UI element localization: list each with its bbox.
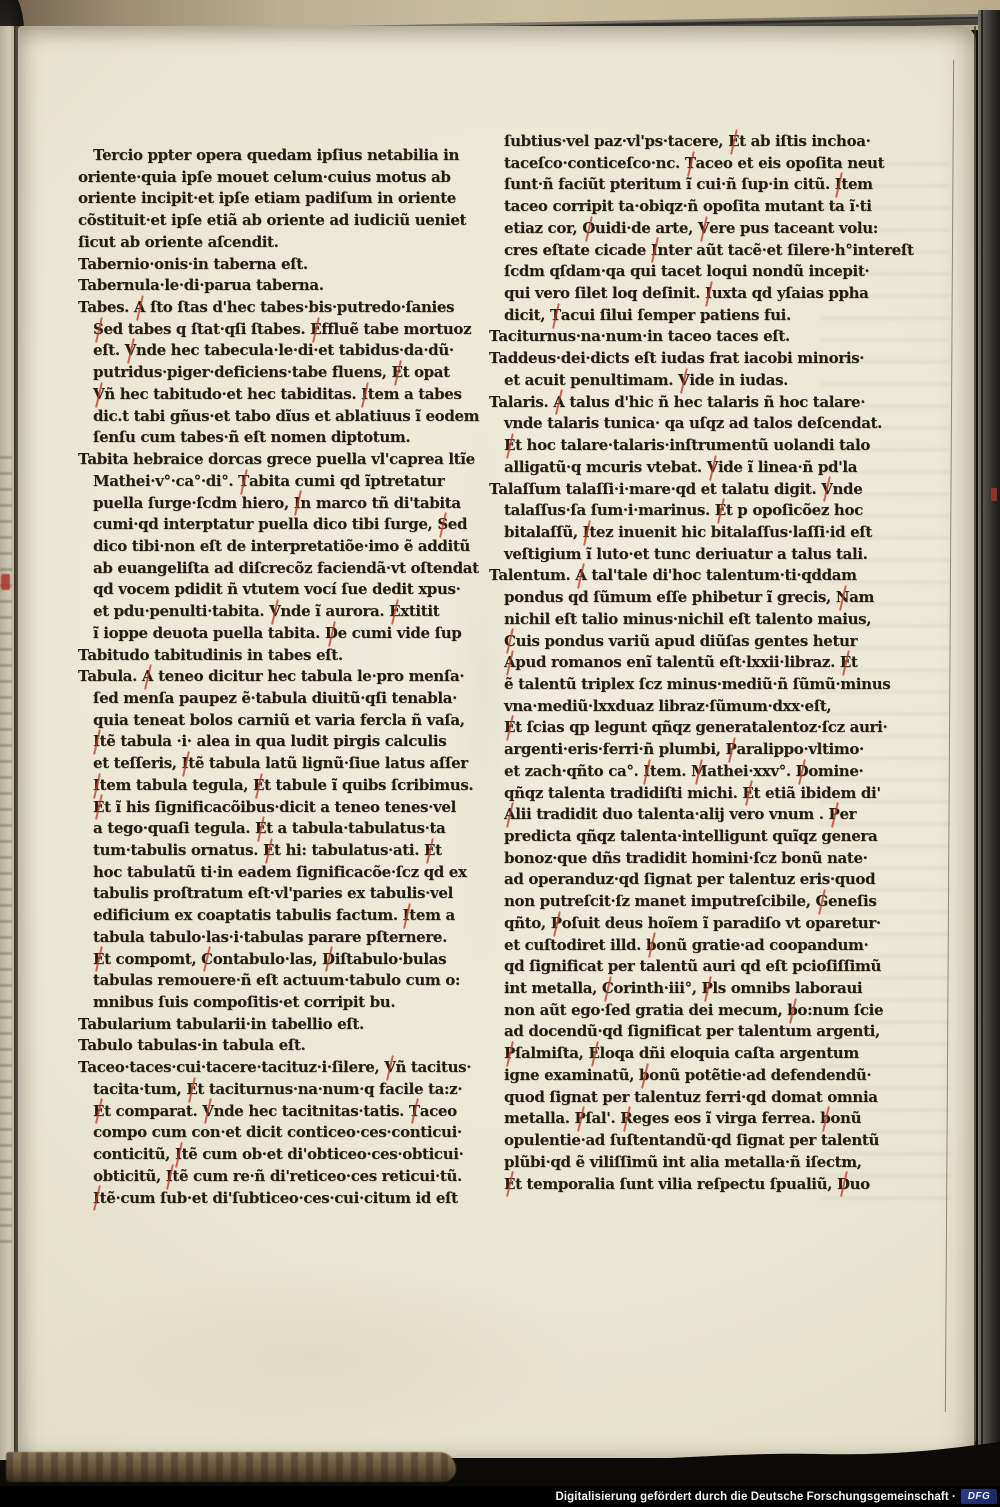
text-line: plũbi·qd ẽ viliſſimũ int alia metalla·ñ … xyxy=(489,1152,819,1174)
rubricated-letter: V xyxy=(707,457,718,479)
text-line: eſt. Vnde hec tabecula·le·di·et tabidus·… xyxy=(78,340,450,362)
text-line: tabulis proſtratum eſt·vl'paries ex tabu… xyxy=(78,883,450,905)
rubricated-letter: I xyxy=(93,1188,100,1210)
text-line: quod ſignat per talentuz ferri·qd domat … xyxy=(489,1087,819,1109)
text-line: et pdu·penulti·tabita. Vnde ĩ aurora. Ex… xyxy=(78,601,450,623)
rubricated-letter: I xyxy=(361,384,368,406)
text-line: oriente incipit·et ipſe etiam padiſum in… xyxy=(78,188,450,210)
text-line: qd ſignificat per talentũ auri qd eſt pc… xyxy=(489,956,819,978)
text-line: vna·mediũ·lxxduaz libraz·ſũmum·dxx·eſt, xyxy=(489,696,819,718)
parchment-stain xyxy=(58,1266,578,1446)
text-line: Talaris. A talus d'hic ñ hec talaris ñ h… xyxy=(489,392,819,414)
rubricated-letter: D xyxy=(325,623,338,645)
digitization-credit-text: Digitalisierung gefördert durch die Deut… xyxy=(555,1491,956,1503)
text-line: opulentie·ad ſuſtentandũ·qd ſignat per t… xyxy=(489,1130,819,1152)
text-line: Taddeus·dei·dicts eſt iudas frat iacobi … xyxy=(489,348,819,370)
scanned-book-page: { "colors":{"parchment":"#ebe6d4","ink":… xyxy=(0,0,1000,1507)
text-line: ſubtius·vel paz·vl'ps·tacere, Et ab iſti… xyxy=(489,131,819,153)
text-line: dico tibi·non eſt de interpretatiõe·imo … xyxy=(78,536,450,558)
rubricated-letter: E xyxy=(263,840,274,862)
rubricated-letter: E xyxy=(253,775,264,797)
dfg-logo: DFG xyxy=(961,1489,997,1504)
text-line: Talaſſum talaſſi·i·mare·qd et talatu dig… xyxy=(489,479,819,501)
rubricated-letter: V xyxy=(269,601,280,623)
text-line: Et temporalia ſunt vilia reſpectu ſpuali… xyxy=(489,1174,819,1196)
rubricated-letter: T xyxy=(409,1101,420,1123)
text-line: Tabita hebraice dorcas grece puella vl'c… xyxy=(78,449,450,471)
text-line: Cuis pondus variũ apud diũſas gentes het… xyxy=(489,631,819,653)
rubricated-letter: V xyxy=(93,384,104,406)
text-line: veſtigium ĩ luto·et tunc deriuatur a tal… xyxy=(489,544,819,566)
rubricated-letter: V xyxy=(698,218,709,240)
rubricated-letter: E xyxy=(588,1043,599,1065)
text-line: Tabitudo tabitudinis in tabes eſt. xyxy=(78,645,450,667)
rubricated-letter: A xyxy=(553,392,564,414)
rubricated-letter: P xyxy=(726,739,737,761)
rubricated-letter: S xyxy=(437,514,447,536)
text-line: et zach·qñto ca°. Item. Mathei·xxv°. Dom… xyxy=(489,761,819,783)
rubricated-letter: P xyxy=(701,978,712,1000)
rubricated-letter: I xyxy=(175,1144,182,1166)
rubricated-letter: E xyxy=(93,949,104,971)
rubricated-letter: C xyxy=(602,978,614,1000)
rubricated-letter: O xyxy=(582,218,595,240)
text-line: Sed tabes q ſtat·qſi ſtabes. Effluẽ tabe… xyxy=(78,319,450,341)
text-line: ſcdm qſdam·qa qui tacet loqui nondũ ince… xyxy=(489,261,819,283)
text-line: compo cum con·et dicit conticeo·ces·cont… xyxy=(78,1122,450,1144)
text-line: Tabularium tabularii·in tabellio eſt. xyxy=(78,1014,450,1036)
rubricated-letter: E xyxy=(504,717,515,739)
text-line: Tabes. A ſto ſtas d'hec tabes·bis·putred… xyxy=(78,297,450,319)
text-line: qd vocem pdidit ñ vtutem vocí ſue dedit … xyxy=(78,579,450,601)
text-line: Tabernula·le·di·parua taberna. xyxy=(78,275,450,297)
text-line: dicit, Tacui ſilui ſemper patiens fui. xyxy=(489,305,819,327)
text-column-left: Tercio ppter opera quedam ipſius netabil… xyxy=(78,145,450,1209)
text-line: oriente·quia ipſe mouet celum·cuius motu… xyxy=(78,167,450,189)
digitization-footer: Digitalisierung gefördert durch die Deut… xyxy=(0,1486,1000,1507)
rubricated-letter: A xyxy=(504,804,515,826)
book-fore-edge xyxy=(978,10,1000,1480)
rubricated-letter: E xyxy=(742,783,753,805)
text-line: tabula tabulo·las·i·tabulas parare pſter… xyxy=(78,927,450,949)
text-line: ẽ talentũ triplex ſcz minus·mediũ·ñ ſũmũ… xyxy=(489,674,819,696)
rubricated-letter: b xyxy=(646,935,656,957)
rubricated-letter: E xyxy=(728,131,739,153)
text-line: tum·tabulis ornatus. Et hi: tabulatus·at… xyxy=(78,840,450,862)
text-line: predicta qñqz talenta·intelligunt quĩqz … xyxy=(489,826,819,848)
rubricated-letter: I xyxy=(643,761,650,783)
text-line: talaſſus·ſa ſum·i·marinus. Et p opoſicõe… xyxy=(489,500,819,522)
text-line: ĩ ioppe deuota puella tabita. De cumi vi… xyxy=(78,623,450,645)
text-line: Vñ hec tabitudo·et hec tabiditas. Item a… xyxy=(78,384,450,406)
text-line: igne examinatũ, bonũ potẽtie·ad defenden… xyxy=(489,1065,819,1087)
rubricated-letter: E xyxy=(389,601,400,623)
text-line: Tabulo tabulas·in tabula eſt. xyxy=(78,1035,450,1057)
text-line: ſunt·ñ faciũt pteritum ĩ cui·ñ ſup·in ci… xyxy=(489,174,819,196)
text-line: ſicut ab oriente aſcendit. xyxy=(78,232,450,254)
rubricated-letter: E xyxy=(391,362,402,384)
book-bottom-board xyxy=(6,1452,456,1482)
rubricated-letter: I xyxy=(403,905,410,927)
text-line: non putreſcit·ſz manet imputreſcibile, G… xyxy=(489,891,819,913)
text-column-right: ſubtius·vel paz·vl'ps·tacere, Et ab iſti… xyxy=(489,131,819,1195)
text-line: putridus·piger·deficiens·tabe fluens, Et… xyxy=(78,362,450,384)
text-line: Pſalmiſta, Eloqa dñi eloquia caſta argen… xyxy=(489,1043,819,1065)
rubricated-letter: I xyxy=(835,174,842,196)
text-line: et cuſtodiret illd. bonũ gratie·ad coopa… xyxy=(489,935,819,957)
text-line: tacita·tum, Et taciturnus·na·num·q facil… xyxy=(78,1079,450,1101)
text-line: dic.t tabi gñus·et tabo dĩus et ablatiuu… xyxy=(78,406,450,428)
text-line: mnibus ſuis compoſitis·et corripit bu. xyxy=(78,992,450,1014)
text-line: bonoz·que dñs tradidit homini·ſcz bonũ n… xyxy=(489,848,819,870)
text-line: metalla. Pſal'. Reges eos ĩ virga ferrea… xyxy=(489,1108,819,1130)
page-outer-edge xyxy=(974,26,976,1446)
text-line: vnde talaris tunica· qa uſqz ad talos de… xyxy=(489,413,819,435)
rubricated-letter: E xyxy=(840,652,851,674)
rubricated-letter: D xyxy=(796,761,809,783)
text-line: et acuit penultimam. Vide in iudas. xyxy=(489,370,819,392)
rubricated-letter: D xyxy=(837,1174,850,1196)
text-line: obticitũ, Itẽ cum re·ñ di'reticeo·ces re… xyxy=(78,1166,450,1188)
text-line: taceſco·conticeſco·nc. Taceo et eis opoſ… xyxy=(489,153,819,175)
rubricated-letter: I xyxy=(166,1166,173,1188)
rubricated-letter: P xyxy=(829,804,840,826)
text-line: nichil eſt talio minus·nichil eſt talent… xyxy=(489,609,819,631)
text-line: Et comparat. Vnde hec tacitnitas·tatis. … xyxy=(78,1101,450,1123)
rubricated-letter: E xyxy=(186,1079,197,1101)
rubricated-letter: E xyxy=(424,840,435,862)
rubricated-letter: P xyxy=(504,1043,515,1065)
text-line: taceo corripit ta·obiqz·ñ opoſita mutant… xyxy=(489,196,819,218)
text-line: Alii tradidit duo talenta·alij vero vnum… xyxy=(489,804,819,826)
text-line: Tabula. A teneo dicitur hec tabula le·pr… xyxy=(78,666,450,688)
rubricated-letter: I xyxy=(583,522,590,544)
text-line: argenti·eris·ferri·ñ plumbi, Paralippo·v… xyxy=(489,739,819,761)
rubricated-letter: T xyxy=(685,153,696,175)
rubricated-letter: V xyxy=(678,370,689,392)
text-line: tabulas remouere·ñ eſt actuum·tabulo cum… xyxy=(78,970,450,992)
rubricated-letter: I xyxy=(93,731,100,753)
rubricated-letter: M xyxy=(691,761,707,783)
text-line: ad docendũ·qd ſignificat per talentum ar… xyxy=(489,1021,819,1043)
text-line: ad operanduz·qd ſignat per talentuz eris… xyxy=(489,869,819,891)
rubricated-letter: D xyxy=(322,949,335,971)
rubricated-letter: E xyxy=(93,1101,104,1123)
text-line: conticitũ, Itẽ cum ob·et di'obticeo·ces·… xyxy=(78,1144,450,1166)
text-line: Taciturnus·na·num·in taceo taces eſt. xyxy=(489,326,819,348)
rubricated-letter: E xyxy=(504,435,515,457)
text-line: edificium ex coaptatis tabulis factum. I… xyxy=(78,905,450,927)
previous-page-edge xyxy=(0,26,15,1460)
rubricated-letter: P xyxy=(574,1108,585,1130)
rubricated-letter: E xyxy=(93,797,104,819)
rubricated-letter: E xyxy=(310,319,321,341)
text-line: bitalaſſũ, Itez inuenit hic bitalaſſus·l… xyxy=(489,522,819,544)
text-line: cres eſtate cicade Inter aũt tacẽ·et ſil… xyxy=(489,240,819,262)
text-line: Tabernio·onis·in taberna eſt. xyxy=(78,254,450,276)
text-line: qui vero ſilet loq deſinit. Iuxta qd yſa… xyxy=(489,283,819,305)
text-line: Et ſcias qp legunt qñqz generatalentoz·ſ… xyxy=(489,717,819,739)
rubricated-letter: V xyxy=(202,1101,213,1123)
text-line: int metalla, Corinth·iii°, Pls omnibs la… xyxy=(489,978,819,1000)
rubricated-letter: A xyxy=(134,297,145,319)
text-line: Talentum. A tal'tale di'hoc talentum·ti·… xyxy=(489,565,819,587)
rubricated-letter: b xyxy=(820,1108,830,1130)
rubricated-letter: C xyxy=(504,631,516,653)
rubricated-letter: I xyxy=(651,240,658,262)
rubricated-letter: A xyxy=(504,652,515,674)
text-line: a tego·quaſi tegula. Et a tabula·tabulat… xyxy=(78,818,450,840)
rubricated-letter: b xyxy=(787,1000,797,1022)
text-line: Et ĩ his ſignificacõibus·dicit a teneo t… xyxy=(78,797,450,819)
text-line: ab euangeliſta ad diſcrecõz faciendã·vt … xyxy=(78,558,450,580)
rubricated-letter: T xyxy=(550,305,561,327)
rubricated-letter: E xyxy=(715,500,726,522)
rubricated-letter: I xyxy=(93,775,100,797)
text-line: pondus qd ſũmum eſſe phibetur ĩ grecis, … xyxy=(489,587,819,609)
text-line: Tercio ppter opera quedam ipſius netabil… xyxy=(78,145,450,167)
text-line: Et hoc talare·talaris·inſtrumentũ uoland… xyxy=(489,435,819,457)
text-line: non aũt ego·ſed gratia dei mecum, bo:num… xyxy=(489,1000,819,1022)
rubricated-letter: S xyxy=(93,319,103,341)
text-line: ſenſu cum tabes·ñ eſt nomen diptotum. xyxy=(78,427,450,449)
rubricated-letter: V xyxy=(125,340,136,362)
text-line: Mathei·v°·ca°·di°. Tabita cumi qd ĩptret… xyxy=(78,471,450,493)
rubricated-letter: P xyxy=(551,913,562,935)
rubricated-letter: I xyxy=(294,493,301,515)
rubricated-letter: I xyxy=(705,283,712,305)
rubricated-letter: b xyxy=(639,1065,649,1087)
rubricated-letter: E xyxy=(504,1174,515,1196)
rubricated-letter: A xyxy=(142,666,153,688)
rubricated-letter: A xyxy=(575,565,586,587)
text-line: et teſſeris, Itẽ tabula latũ lignũ·ſiue … xyxy=(78,753,450,775)
text-line: alligatũ·q mcuris vtebat. Vide ĩ linea·ñ… xyxy=(489,457,819,479)
rubricated-letter: R xyxy=(620,1108,632,1130)
rubricated-letter: N xyxy=(836,587,849,609)
text-line: hoc tabulatũ ti·in eadem ſignificacõe·ſc… xyxy=(78,862,450,884)
text-line: Taceo·taces·cui·tacere·tacituz·i·ſilere,… xyxy=(78,1057,450,1079)
text-line: Item tabula tegula, Et tabule ĩ quibs ſc… xyxy=(78,775,450,797)
text-line: quia teneat bolos carniũ et varia fercla… xyxy=(78,710,450,732)
text-line: puella ſurge·ſcdm hiero, In marco tñ di'… xyxy=(78,493,450,515)
text-line: qñqz talenta tradidiſti michi. Et etiã i… xyxy=(489,783,819,805)
rubricated-letter: T xyxy=(238,471,249,493)
rubricated-letter: E xyxy=(255,818,266,840)
rubricated-letter: V xyxy=(384,1057,395,1079)
text-line: Apud romanos enĩ talentũ eſt·lxxii·libra… xyxy=(489,652,819,674)
rubricated-letter: G xyxy=(815,891,827,913)
text-line: Et compomt, Contabulo·las, Diſtabulo·bul… xyxy=(78,949,450,971)
rubricated-letter: I xyxy=(182,753,189,775)
text-line: Itẽ·cum ſub·et di'ſubticeo·ces·cui·citum… xyxy=(78,1188,450,1210)
text-line: cumi·qd interptatur puella dico tibi ſur… xyxy=(78,514,450,536)
text-line: cõstituit·et ipſe etiã ab oriente ad iud… xyxy=(78,210,450,232)
rubricated-letter: V xyxy=(821,479,832,501)
rubricated-letter: C xyxy=(201,949,213,971)
text-line: etiaz cor, Ouidi·de arte, Vere pus tacea… xyxy=(489,218,819,240)
bleed-through-red-initial xyxy=(1,574,10,590)
fore-edge-red-mark xyxy=(991,488,997,501)
text-line: Itẽ tabula ·i· alea in qua ludit pirgis … xyxy=(78,731,450,753)
text-line: ſed menſa paupez ẽ·tabula diuitũ·qſi ten… xyxy=(78,688,450,710)
